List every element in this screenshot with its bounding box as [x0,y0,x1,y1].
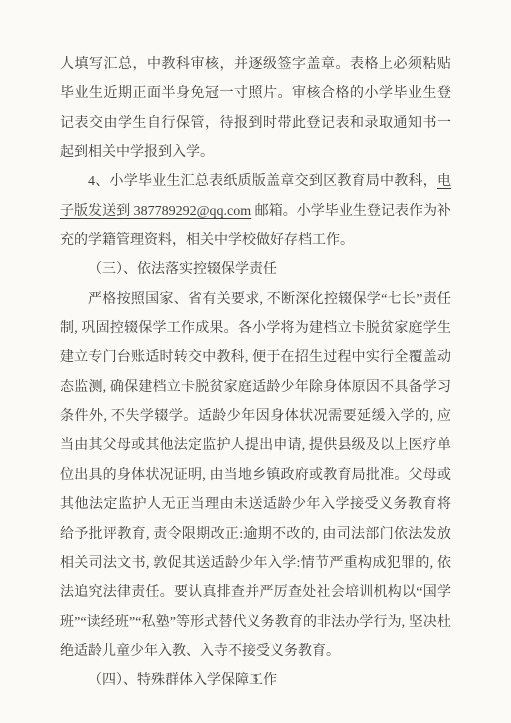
heading-section-3: （三）、依法落实控辍保学责任 [60,255,451,284]
page-number: 5 [0,674,511,686]
paragraph-item-4-lead-text: 4、小学毕业生汇总表纸质版盖章交到区教育局中教科， [88,174,437,189]
paragraph-item-4: 4、小学毕业生汇总表纸质版盖章交到区教育局中教科，电子版发送到 38778929… [60,167,451,255]
document-page: 人填写汇总，中教科审核，并逐级签字盖章。表格上必须粘贴毕业生近期正面半身免冠一寸… [0,0,511,723]
paragraph-dropout-control: 严格按照国家、省有关要求, 不断深化控辍保学“七长”责任制, 巩固控辍保学工作成… [60,285,451,666]
paragraph-graduate-form-continuation: 人填写汇总，中教科审核，并逐级签字盖章。表格上必须粘贴毕业生近期正面半身免冠一寸… [60,50,451,167]
document-body: 人填写汇总，中教科审核，并逐级签字盖章。表格上必须粘贴毕业生近期正面半身免冠一寸… [60,50,451,696]
